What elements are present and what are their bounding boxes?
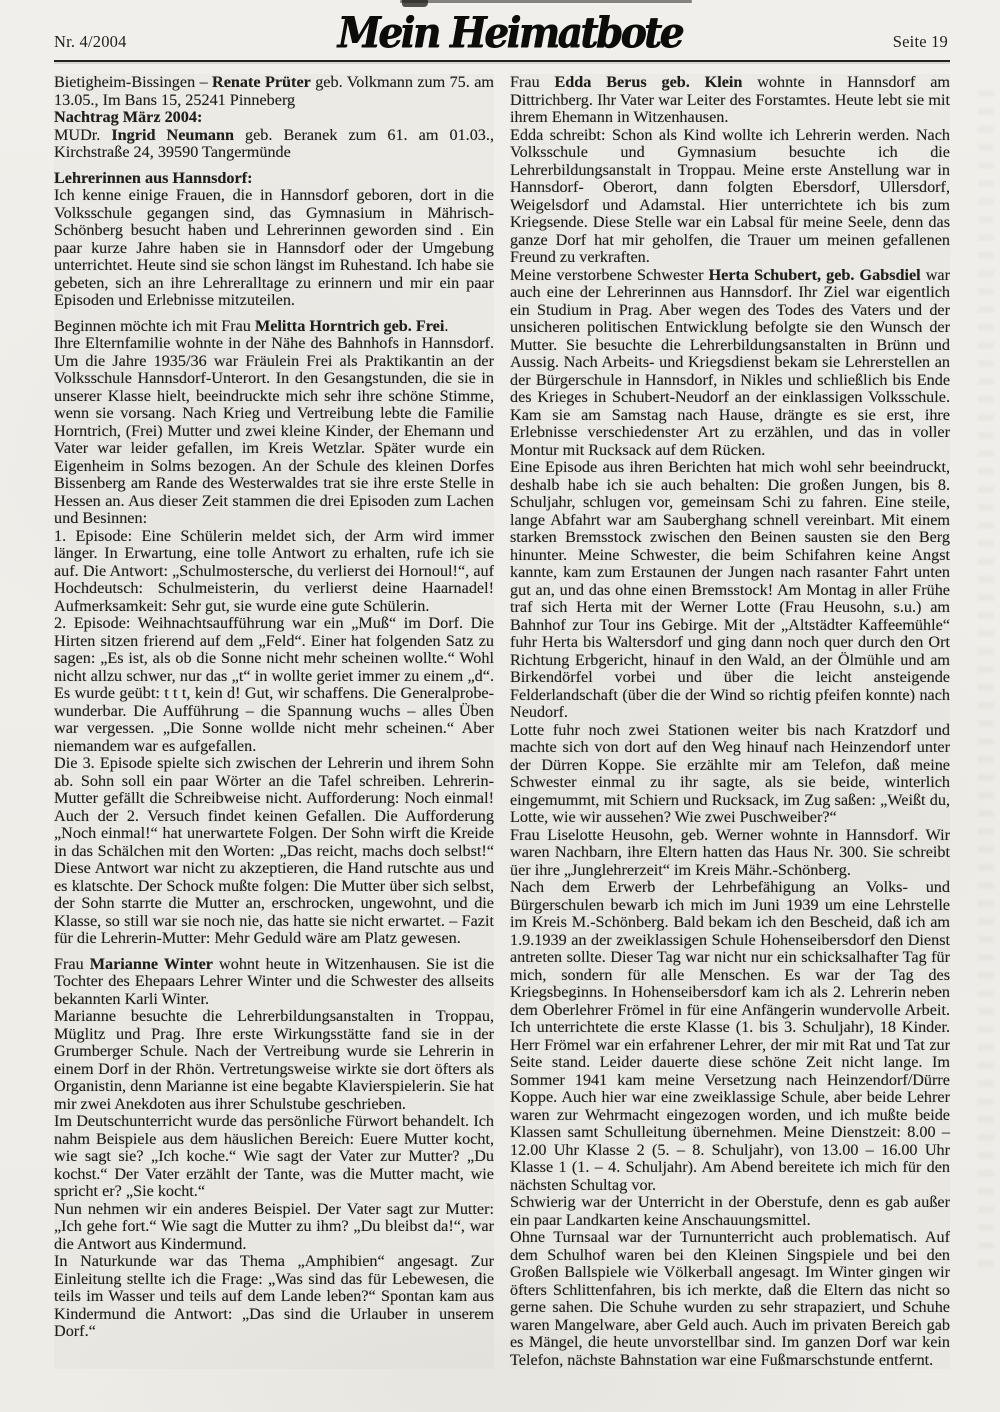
bold-text: Melitta Horntrich geb. Frei: [255, 317, 444, 335]
text-segment: 2. Episode: Weihnachtsaufführung war ein…: [54, 614, 494, 755]
right-column: Frau Edda Berus geb. Klein wohnte in Han…: [510, 74, 950, 1369]
paragraph: Lotte fuhr noch zwei Stationen weiter bi…: [510, 722, 950, 827]
paragraph: In Naturkunde war das Thema „Amphibien“ …: [54, 1253, 494, 1341]
text-segment: Edda schreibt: Schon als Kind wollte ich…: [510, 126, 950, 267]
issue-number: Nr. 4/2004: [54, 32, 127, 54]
paragraph: Nun nehmen wir ein anderes Beispiel. Der…: [54, 1201, 494, 1254]
text-segment: .: [444, 317, 448, 335]
page-header: Nr. 4/2004 Mein Heimatbote Seite 19: [0, 0, 1000, 60]
text-segment: Beginnen möchte ich mit Frau: [54, 317, 255, 335]
paragraph: Meine verstorbene Schwester Herta Schube…: [510, 267, 950, 460]
paragraph: Frau Liselotte Heusohn, geb. Werner wohn…: [510, 827, 950, 880]
text-segment: Ich kenne einige Frauen, die in Hannsdor…: [54, 186, 494, 309]
text-segment: Im Deutschunterricht wurde das persönlic…: [54, 1112, 494, 1200]
scan-artifact-streak: [400, 0, 692, 3]
bold-text: Lehrerinnen aus Hannsdorf:: [54, 169, 252, 187]
text-segment: war auch eine der Lehrerinnen aus Hannsd…: [510, 266, 950, 459]
bold-text: Renate Prüter: [212, 73, 311, 91]
bold-text: Ingrid Neumann: [111, 126, 234, 144]
text-segment: Die 3. Episode spielte sich zwischen der…: [54, 754, 494, 947]
text-segment: Eine Episode aus ihren Berichten hat mic…: [510, 458, 950, 721]
paragraph: 2. Episode: Weihnachtsaufführung war ein…: [54, 615, 494, 755]
paragraph: Ihre Elternfamilie wohnte in der Nähe de…: [54, 335, 494, 528]
paragraph: Die 3. Episode spielte sich zwischen der…: [54, 755, 494, 948]
paragraph: Nach dem Erwerb der Lehrbefähigung an Vo…: [510, 879, 950, 1194]
paragraph: Frau Edda Berus geb. Klein wohnte in Han…: [510, 74, 950, 127]
page-bleed-through: [978, 90, 994, 1270]
newspaper-page: Nr. 4/2004 Mein Heimatbote Seite 19 Biet…: [0, 0, 1000, 1412]
text-segment: Marianne besuchte die Lehrerbildungsanst…: [54, 1007, 494, 1113]
masthead-title: Mein Heimatbote: [338, 12, 682, 55]
paragraph: Bietigheim-Bissingen – Renate Prüter geb…: [54, 74, 494, 109]
page-number: Seite 19: [893, 32, 948, 54]
text-segment: Frau: [510, 73, 554, 91]
scan-artifact-blob: [402, 0, 428, 7]
paragraph: Schwierig war der Unterricht in der Ober…: [510, 1194, 950, 1229]
content-columns: Bietigheim-Bissingen – Renate Prüter geb…: [0, 62, 1000, 1369]
paragraph: Ich kenne einige Frauen, die in Hannsdor…: [54, 187, 494, 310]
text-segment: Schwierig war der Unterricht in der Ober…: [510, 1193, 950, 1229]
text-segment: Bietigheim-Bissingen –: [54, 73, 212, 91]
text-segment: Ihre Elternfamilie wohnte in der Nähe de…: [54, 334, 494, 527]
text-segment: Lotte fuhr noch zwei Stationen weiter bi…: [510, 721, 950, 827]
paragraph: 1. Episode: Eine Schülerin meldet sich, …: [54, 528, 494, 616]
section-heading: Lehrerinnen aus Hannsdorf:: [54, 170, 494, 188]
text-segment: Frau: [54, 955, 90, 973]
bold-text: Marianne Winter: [90, 955, 213, 973]
text-segment: 1. Episode: Eine Schülerin meldet sich, …: [54, 527, 494, 615]
paragraph: Marianne besuchte die Lehrerbildungsanst…: [54, 1008, 494, 1113]
paragraph: Edda schreibt: Schon als Kind wollte ich…: [510, 127, 950, 267]
paragraph: Nachtrag März 2004:: [54, 109, 494, 127]
text-segment: MUDr.: [54, 126, 111, 144]
paragraph: Frau Marianne Winter wohnt heute in Witz…: [54, 956, 494, 1009]
text-segment: Meine verstorbene Schwester: [510, 266, 709, 284]
paragraph: Im Deutschunterricht wurde das persönlic…: [54, 1113, 494, 1201]
paragraph: Eine Episode aus ihren Berichten hat mic…: [510, 459, 950, 722]
left-column: Bietigheim-Bissingen – Renate Prüter geb…: [54, 74, 494, 1369]
bold-text: Edda Berus geb. Klein: [554, 73, 742, 91]
paragraph: Beginnen möchte ich mit Frau Melitta Hor…: [54, 318, 494, 336]
bold-text: Nachtrag März 2004:: [54, 108, 202, 126]
paragraph: Ohne Turnsaal war der Turnunterricht auc…: [510, 1229, 950, 1369]
paragraph: MUDr. Ingrid Neumann geb. Beranek zum 61…: [54, 127, 494, 162]
text-segment: Ohne Turnsaal war der Turnunterricht auc…: [510, 1228, 950, 1369]
text-segment: In Naturkunde war das Thema „Amphibien“ …: [54, 1252, 494, 1340]
text-segment: Frau Liselotte Heusohn, geb. Werner wohn…: [510, 826, 950, 879]
bold-text: Herta Schubert, geb. Gabsdiel: [709, 266, 921, 284]
text-segment: Nach dem Erwerb der Lehrbefähigung an Vo…: [510, 878, 950, 1194]
text-segment: Nun nehmen wir ein anderes Beispiel. Der…: [54, 1200, 494, 1253]
